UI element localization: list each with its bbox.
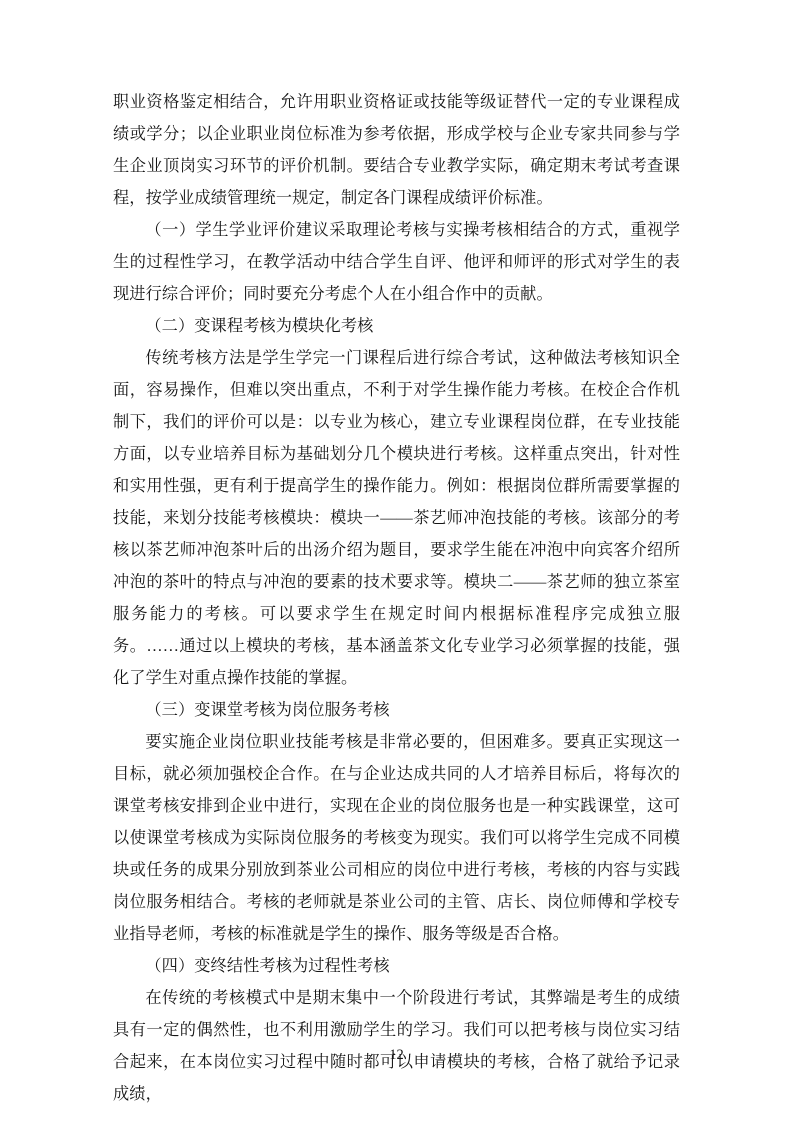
document-page: 职业资格鉴定相结合，允许用职业资格证或技能等级证替代一定的专业课程成绩或学分；以… (0, 0, 793, 1122)
section-3-heading: （三）变课堂考核为岗位服务考核 (113, 694, 680, 726)
section-3-paragraph: 要实施企业岗位职业技能考核是非常必要的，但困难多。要真正实现这一目标，就必须加强… (113, 726, 680, 950)
section-1-paragraph: （一）学生学业评价建议采取理论考核与实操考核相结合的方式，重视学生的过程性学习，… (113, 214, 680, 310)
section-2-heading: （二）变课程考核为模块化考核 (113, 310, 680, 342)
section-4-heading: （四）变终结性考核为过程性考核 (113, 950, 680, 982)
continuation-paragraph: 职业资格鉴定相结合，允许用职业资格证或技能等级证替代一定的专业课程成绩或学分；以… (113, 86, 680, 214)
page-number: 12 (0, 1046, 793, 1064)
document-text-body: 职业资格鉴定相结合，允许用职业资格证或技能等级证替代一定的专业课程成绩或学分；以… (113, 86, 680, 1110)
section-2-paragraph: 传统考核方法是学生学完一门课程后进行综合考试，这种做法考核知识全面，容易操作，但… (113, 342, 680, 694)
